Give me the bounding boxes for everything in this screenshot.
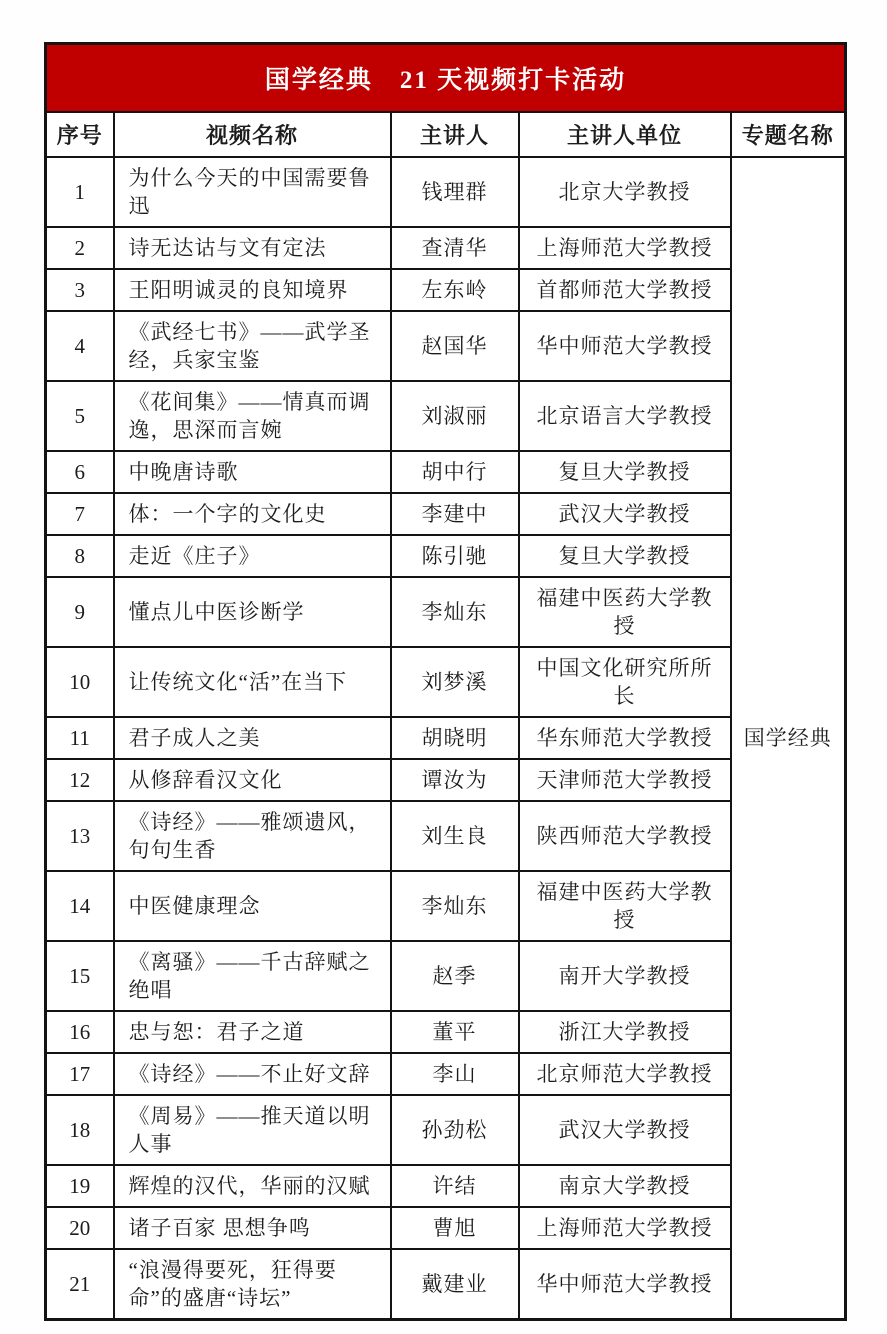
table-row: 13 《诗经》——雅颂遗风，句句生香 刘生良 陕西师范大学教授 <box>46 801 846 871</box>
organization-cell: 天津师范大学教授 <box>519 759 731 801</box>
video-name-cell: 为什么今天的中国需要鲁迅 <box>114 157 391 227</box>
row-number-cell: 14 <box>46 871 114 941</box>
table-row: 1 为什么今天的中国需要鲁迅 钱理群 北京大学教授 国学经典 <box>46 157 846 227</box>
speaker-cell: 陈引驰 <box>391 535 519 577</box>
speaker-cell: 李山 <box>391 1053 519 1095</box>
video-name-cell: 让传统文化“活”在当下 <box>114 647 391 717</box>
video-name-cell: 诗无达诂与文有定法 <box>114 227 391 269</box>
speaker-cell: 李灿东 <box>391 871 519 941</box>
speaker-cell: 李灿东 <box>391 577 519 647</box>
speaker-cell: 左东岭 <box>391 269 519 311</box>
video-name-cell: 《诗经》——雅颂遗风，句句生香 <box>114 801 391 871</box>
table-row: 2 诗无达诂与文有定法 查清华 上海师范大学教授 <box>46 227 846 269</box>
video-name-cell: 《周易》——推天道以明人事 <box>114 1095 391 1165</box>
organization-cell: 南京大学教授 <box>519 1165 731 1207</box>
topic-merged-cell: 国学经典 <box>731 157 846 1320</box>
video-schedule-table: 国学经典 21 天视频打卡活动 序号 视频名称 主讲人 主讲人单位 专题名称 1… <box>44 42 847 1321</box>
organization-cell: 浙江大学教授 <box>519 1011 731 1053</box>
row-number-cell: 3 <box>46 269 114 311</box>
speaker-cell: 胡晓明 <box>391 717 519 759</box>
video-name-cell: 《诗经》——不止好文辞 <box>114 1053 391 1095</box>
table-row: 5 《花间集》——情真而调逸，思深而言婉 刘淑丽 北京语言大学教授 <box>46 381 846 451</box>
speaker-cell: 刘生良 <box>391 801 519 871</box>
organization-cell: 北京大学教授 <box>519 157 731 227</box>
speaker-cell: 钱理群 <box>391 157 519 227</box>
row-number-cell: 2 <box>46 227 114 269</box>
organization-cell: 北京语言大学教授 <box>519 381 731 451</box>
row-number-cell: 20 <box>46 1207 114 1249</box>
organization-cell: 复旦大学教授 <box>519 451 731 493</box>
video-name-cell: 体：一个字的文化史 <box>114 493 391 535</box>
banner-row: 国学经典 21 天视频打卡活动 <box>46 44 846 112</box>
video-name-cell: 君子成人之美 <box>114 717 391 759</box>
video-name-cell: 王阳明诚灵的良知境界 <box>114 269 391 311</box>
row-number-cell: 1 <box>46 157 114 227</box>
row-number-cell: 4 <box>46 311 114 381</box>
organization-cell: 武汉大学教授 <box>519 493 731 535</box>
table-row: 14 中医健康理念 李灿东 福建中医药大学教授 <box>46 871 846 941</box>
table-title: 国学经典 21 天视频打卡活动 <box>46 44 846 112</box>
column-header-speaker: 主讲人 <box>391 112 519 157</box>
speaker-cell: 李建中 <box>391 493 519 535</box>
video-name-cell: 《武经七书》——武学圣经，兵家宝鉴 <box>114 311 391 381</box>
row-number-cell: 11 <box>46 717 114 759</box>
table-row: 4 《武经七书》——武学圣经，兵家宝鉴 赵国华 华中师范大学教授 <box>46 311 846 381</box>
table-row: 6 中晚唐诗歌 胡中行 复旦大学教授 <box>46 451 846 493</box>
organization-cell: 上海师范大学教授 <box>519 1207 731 1249</box>
organization-cell: 华中师范大学教授 <box>519 311 731 381</box>
video-name-cell: 《花间集》——情真而调逸，思深而言婉 <box>114 381 391 451</box>
table-row: 12 从修辞看汉文化 谭汝为 天津师范大学教授 <box>46 759 846 801</box>
row-number-cell: 9 <box>46 577 114 647</box>
column-header-topic-name: 专题名称 <box>731 112 846 157</box>
table-row: 15 《离骚》——千古辞赋之绝唱 赵季 南开大学教授 <box>46 941 846 1011</box>
video-name-cell: 从修辞看汉文化 <box>114 759 391 801</box>
table-row: 8 走近《庄子》 陈引驰 复旦大学教授 <box>46 535 846 577</box>
organization-cell: 华东师范大学教授 <box>519 717 731 759</box>
speaker-cell: 许结 <box>391 1165 519 1207</box>
organization-cell: 首都师范大学教授 <box>519 269 731 311</box>
column-header-speaker-org: 主讲人单位 <box>519 112 731 157</box>
organization-cell: 南开大学教授 <box>519 941 731 1011</box>
organization-cell: 北京师范大学教授 <box>519 1053 731 1095</box>
organization-cell: 陕西师范大学教授 <box>519 801 731 871</box>
row-number-cell: 7 <box>46 493 114 535</box>
speaker-cell: 曹旭 <box>391 1207 519 1249</box>
row-number-cell: 5 <box>46 381 114 451</box>
table-row: 17 《诗经》——不止好文辞 李山 北京师范大学教授 <box>46 1053 846 1095</box>
organization-cell: 上海师范大学教授 <box>519 227 731 269</box>
table-row: 3 王阳明诚灵的良知境界 左东岭 首都师范大学教授 <box>46 269 846 311</box>
organization-cell: 福建中医药大学教授 <box>519 577 731 647</box>
video-name-cell: 走近《庄子》 <box>114 535 391 577</box>
speaker-cell: 胡中行 <box>391 451 519 493</box>
table-row: 20 诸子百家 思想争鸣 曹旭 上海师范大学教授 <box>46 1207 846 1249</box>
row-number-cell: 17 <box>46 1053 114 1095</box>
organization-cell: 华中师范大学教授 <box>519 1249 731 1320</box>
speaker-cell: 刘梦溪 <box>391 647 519 717</box>
video-name-cell: 诸子百家 思想争鸣 <box>114 1207 391 1249</box>
organization-cell: 武汉大学教授 <box>519 1095 731 1165</box>
column-header-video-name: 视频名称 <box>114 112 391 157</box>
table-row: 11 君子成人之美 胡晓明 华东师范大学教授 <box>46 717 846 759</box>
organization-cell: 中国文化研究所所长 <box>519 647 731 717</box>
row-number-cell: 10 <box>46 647 114 717</box>
table-row: 10 让传统文化“活”在当下 刘梦溪 中国文化研究所所长 <box>46 647 846 717</box>
table-row: 7 体：一个字的文化史 李建中 武汉大学教授 <box>46 493 846 535</box>
speaker-cell: 查清华 <box>391 227 519 269</box>
row-number-cell: 19 <box>46 1165 114 1207</box>
column-header-row: 序号 视频名称 主讲人 主讲人单位 专题名称 <box>46 112 846 157</box>
speaker-cell: 董平 <box>391 1011 519 1053</box>
table-row: 16 忠与恕：君子之道 董平 浙江大学教授 <box>46 1011 846 1053</box>
row-number-cell: 8 <box>46 535 114 577</box>
speaker-cell: 戴建业 <box>391 1249 519 1320</box>
speaker-cell: 刘淑丽 <box>391 381 519 451</box>
speaker-cell: 谭汝为 <box>391 759 519 801</box>
speaker-cell: 赵国华 <box>391 311 519 381</box>
row-number-cell: 16 <box>46 1011 114 1053</box>
row-number-cell: 6 <box>46 451 114 493</box>
document-page: 国学经典 21 天视频打卡活动 序号 视频名称 主讲人 主讲人单位 专题名称 1… <box>0 0 887 1334</box>
row-number-cell: 15 <box>46 941 114 1011</box>
video-name-cell: 辉煌的汉代，华丽的汉赋 <box>114 1165 391 1207</box>
video-name-cell: 中医健康理念 <box>114 871 391 941</box>
table-row: 21 “浪漫得要死，狂得要命”的盛唐“诗坛” 戴建业 华中师范大学教授 <box>46 1249 846 1320</box>
video-name-cell: “浪漫得要死，狂得要命”的盛唐“诗坛” <box>114 1249 391 1320</box>
table-row: 9 懂点儿中医诊断学 李灿东 福建中医药大学教授 <box>46 577 846 647</box>
organization-cell: 福建中医药大学教授 <box>519 871 731 941</box>
row-number-cell: 12 <box>46 759 114 801</box>
table-row: 19 辉煌的汉代，华丽的汉赋 许结 南京大学教授 <box>46 1165 846 1207</box>
video-name-cell: 中晚唐诗歌 <box>114 451 391 493</box>
video-name-cell: 《离骚》——千古辞赋之绝唱 <box>114 941 391 1011</box>
video-name-cell: 忠与恕：君子之道 <box>114 1011 391 1053</box>
row-number-cell: 13 <box>46 801 114 871</box>
column-header-no: 序号 <box>46 112 114 157</box>
row-number-cell: 18 <box>46 1095 114 1165</box>
organization-cell: 复旦大学教授 <box>519 535 731 577</box>
speaker-cell: 赵季 <box>391 941 519 1011</box>
speaker-cell: 孙劲松 <box>391 1095 519 1165</box>
video-name-cell: 懂点儿中医诊断学 <box>114 577 391 647</box>
table-row: 18 《周易》——推天道以明人事 孙劲松 武汉大学教授 <box>46 1095 846 1165</box>
row-number-cell: 21 <box>46 1249 114 1320</box>
